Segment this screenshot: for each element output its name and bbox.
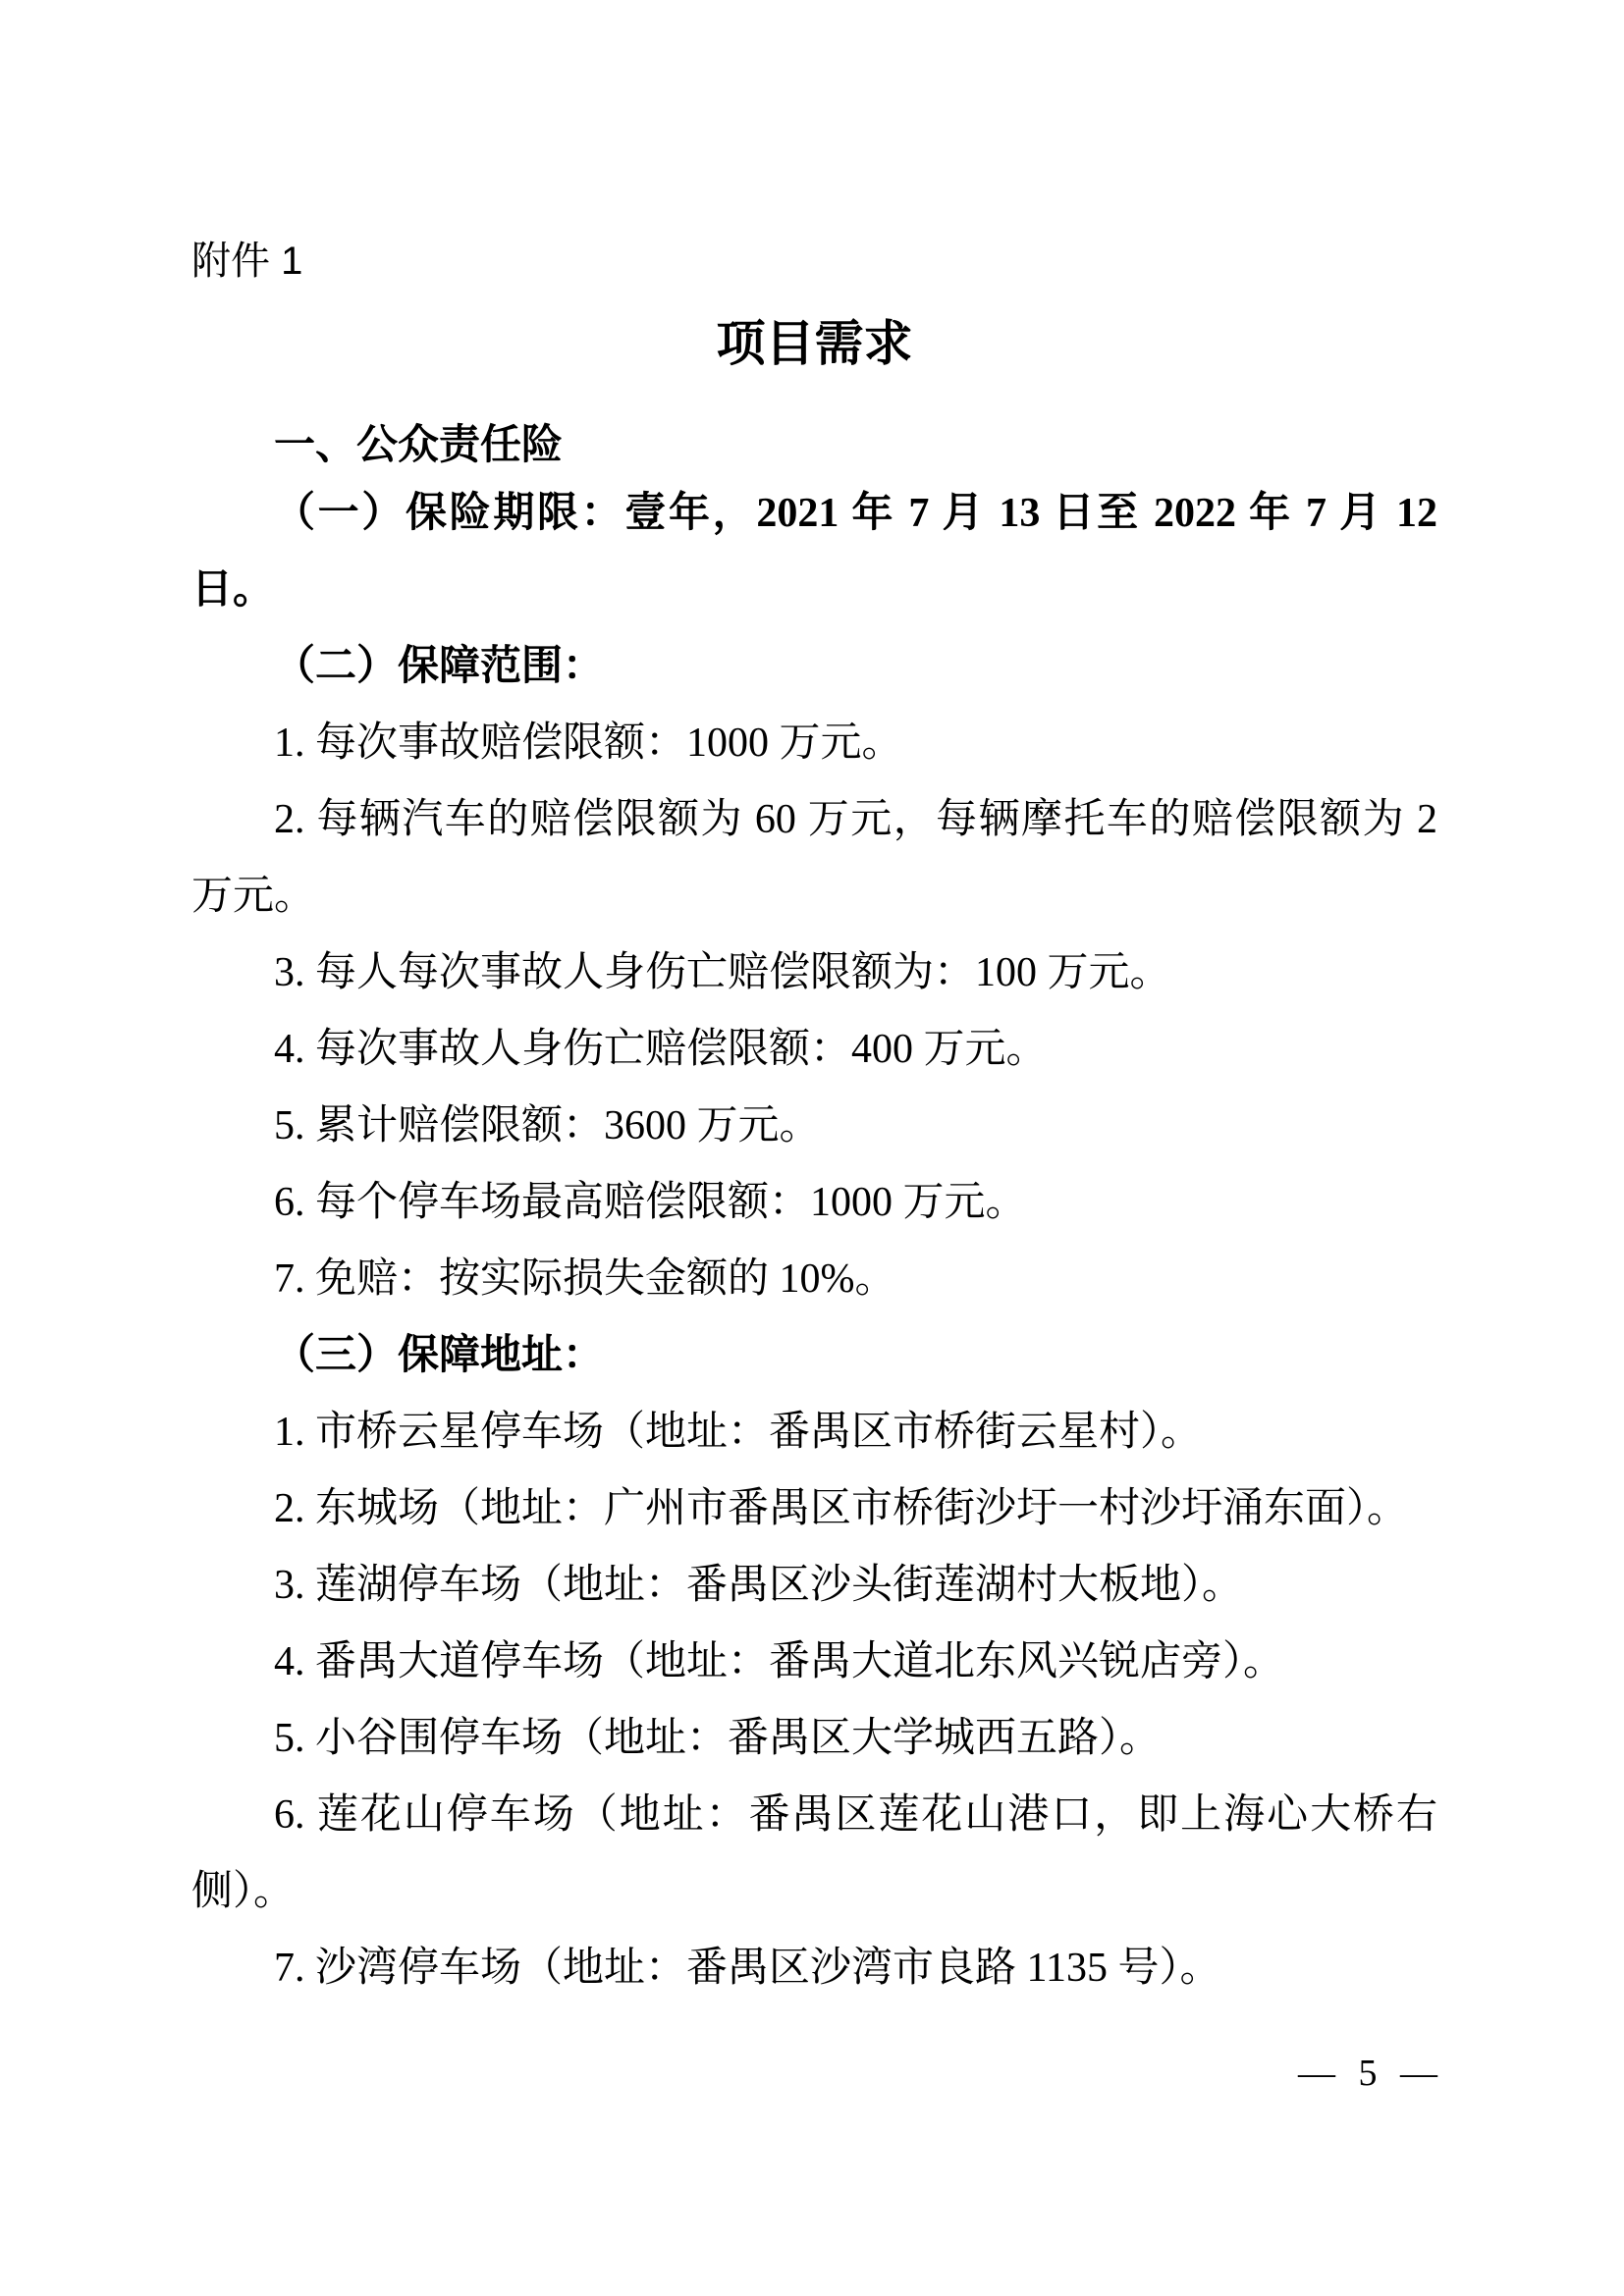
document-content: 附件 1 项目需求 一、公众责任险 （一）保险期限：壹年，2021 年 7 月 … [191, 240, 1437, 2006]
para-coverage-item-6: 6. 每个停车场最高赔偿限额：1000 万元。 [191, 1164, 1437, 1241]
para-coverage-item-3: 3. 每人每次事故人身伤亡赔偿限额为：100 万元。 [191, 934, 1437, 1011]
para-coverage-item-5: 5. 累计赔偿限额：3600 万元。 [191, 1088, 1437, 1164]
para-address-item-6: 6. 莲花山停车场（地址：番禺区莲花山港口，即上海心大桥右侧）。 [191, 1777, 1437, 1930]
para-address-item-7: 7. 沙湾停车场（地址：番禺区沙湾市良路 1135 号）。 [191, 1930, 1437, 2006]
para-coverage-item-4: 4. 每次事故人身伤亡赔偿限额：400 万元。 [191, 1011, 1437, 1088]
para-address-item-1: 1. 市桥云星停车场（地址：番禺区市桥街云星村）。 [191, 1394, 1437, 1470]
page-number: — 5 — [1298, 2052, 1437, 2095]
para-address-item-5: 5. 小谷围停车场（地址：番禺区大学城西五路）。 [191, 1700, 1437, 1777]
para-coverage-item-1: 1. 每次事故赔偿限额：1000 万元。 [191, 705, 1437, 781]
paragraph-list: （一）保险期限：壹年，2021 年 7 月 13 日至 2022 年 7 月 1… [191, 475, 1437, 2006]
para-address-item-2: 2. 东城场（地址：广州市番禺区市桥街沙圩一村沙圩涌东面）。 [191, 1470, 1437, 1547]
para-address-item-4: 4. 番禺大道停车场（地址：番禺大道北东风兴锐店旁）。 [191, 1624, 1437, 1700]
para-address-item-3: 3. 莲湖停车场（地址：番禺区沙头街莲湖村大板地）。 [191, 1547, 1437, 1624]
section-heading-public-liability: 一、公众责任险 [191, 416, 1437, 475]
para-coverage-heading: （二）保障范围： [191, 628, 1437, 705]
para-insurance-period: （一）保险期限：壹年，2021 年 7 月 13 日至 2022 年 7 月 1… [191, 475, 1437, 628]
attachment-label: 附件 1 [191, 240, 1437, 283]
para-address-heading: （三）保障地址： [191, 1317, 1437, 1394]
para-coverage-item-2: 2. 每辆汽车的赔偿限额为 60 万元，每辆摩托车的赔偿限额为 2 万元。 [191, 781, 1437, 934]
page-title: 项目需求 [191, 316, 1437, 371]
para-coverage-item-7: 7. 免赔：按实际损失金额的 10%。 [191, 1241, 1437, 1317]
document-page: 附件 1 项目需求 一、公众责任险 （一）保险期限：壹年，2021 年 7 月 … [0, 0, 1624, 2296]
